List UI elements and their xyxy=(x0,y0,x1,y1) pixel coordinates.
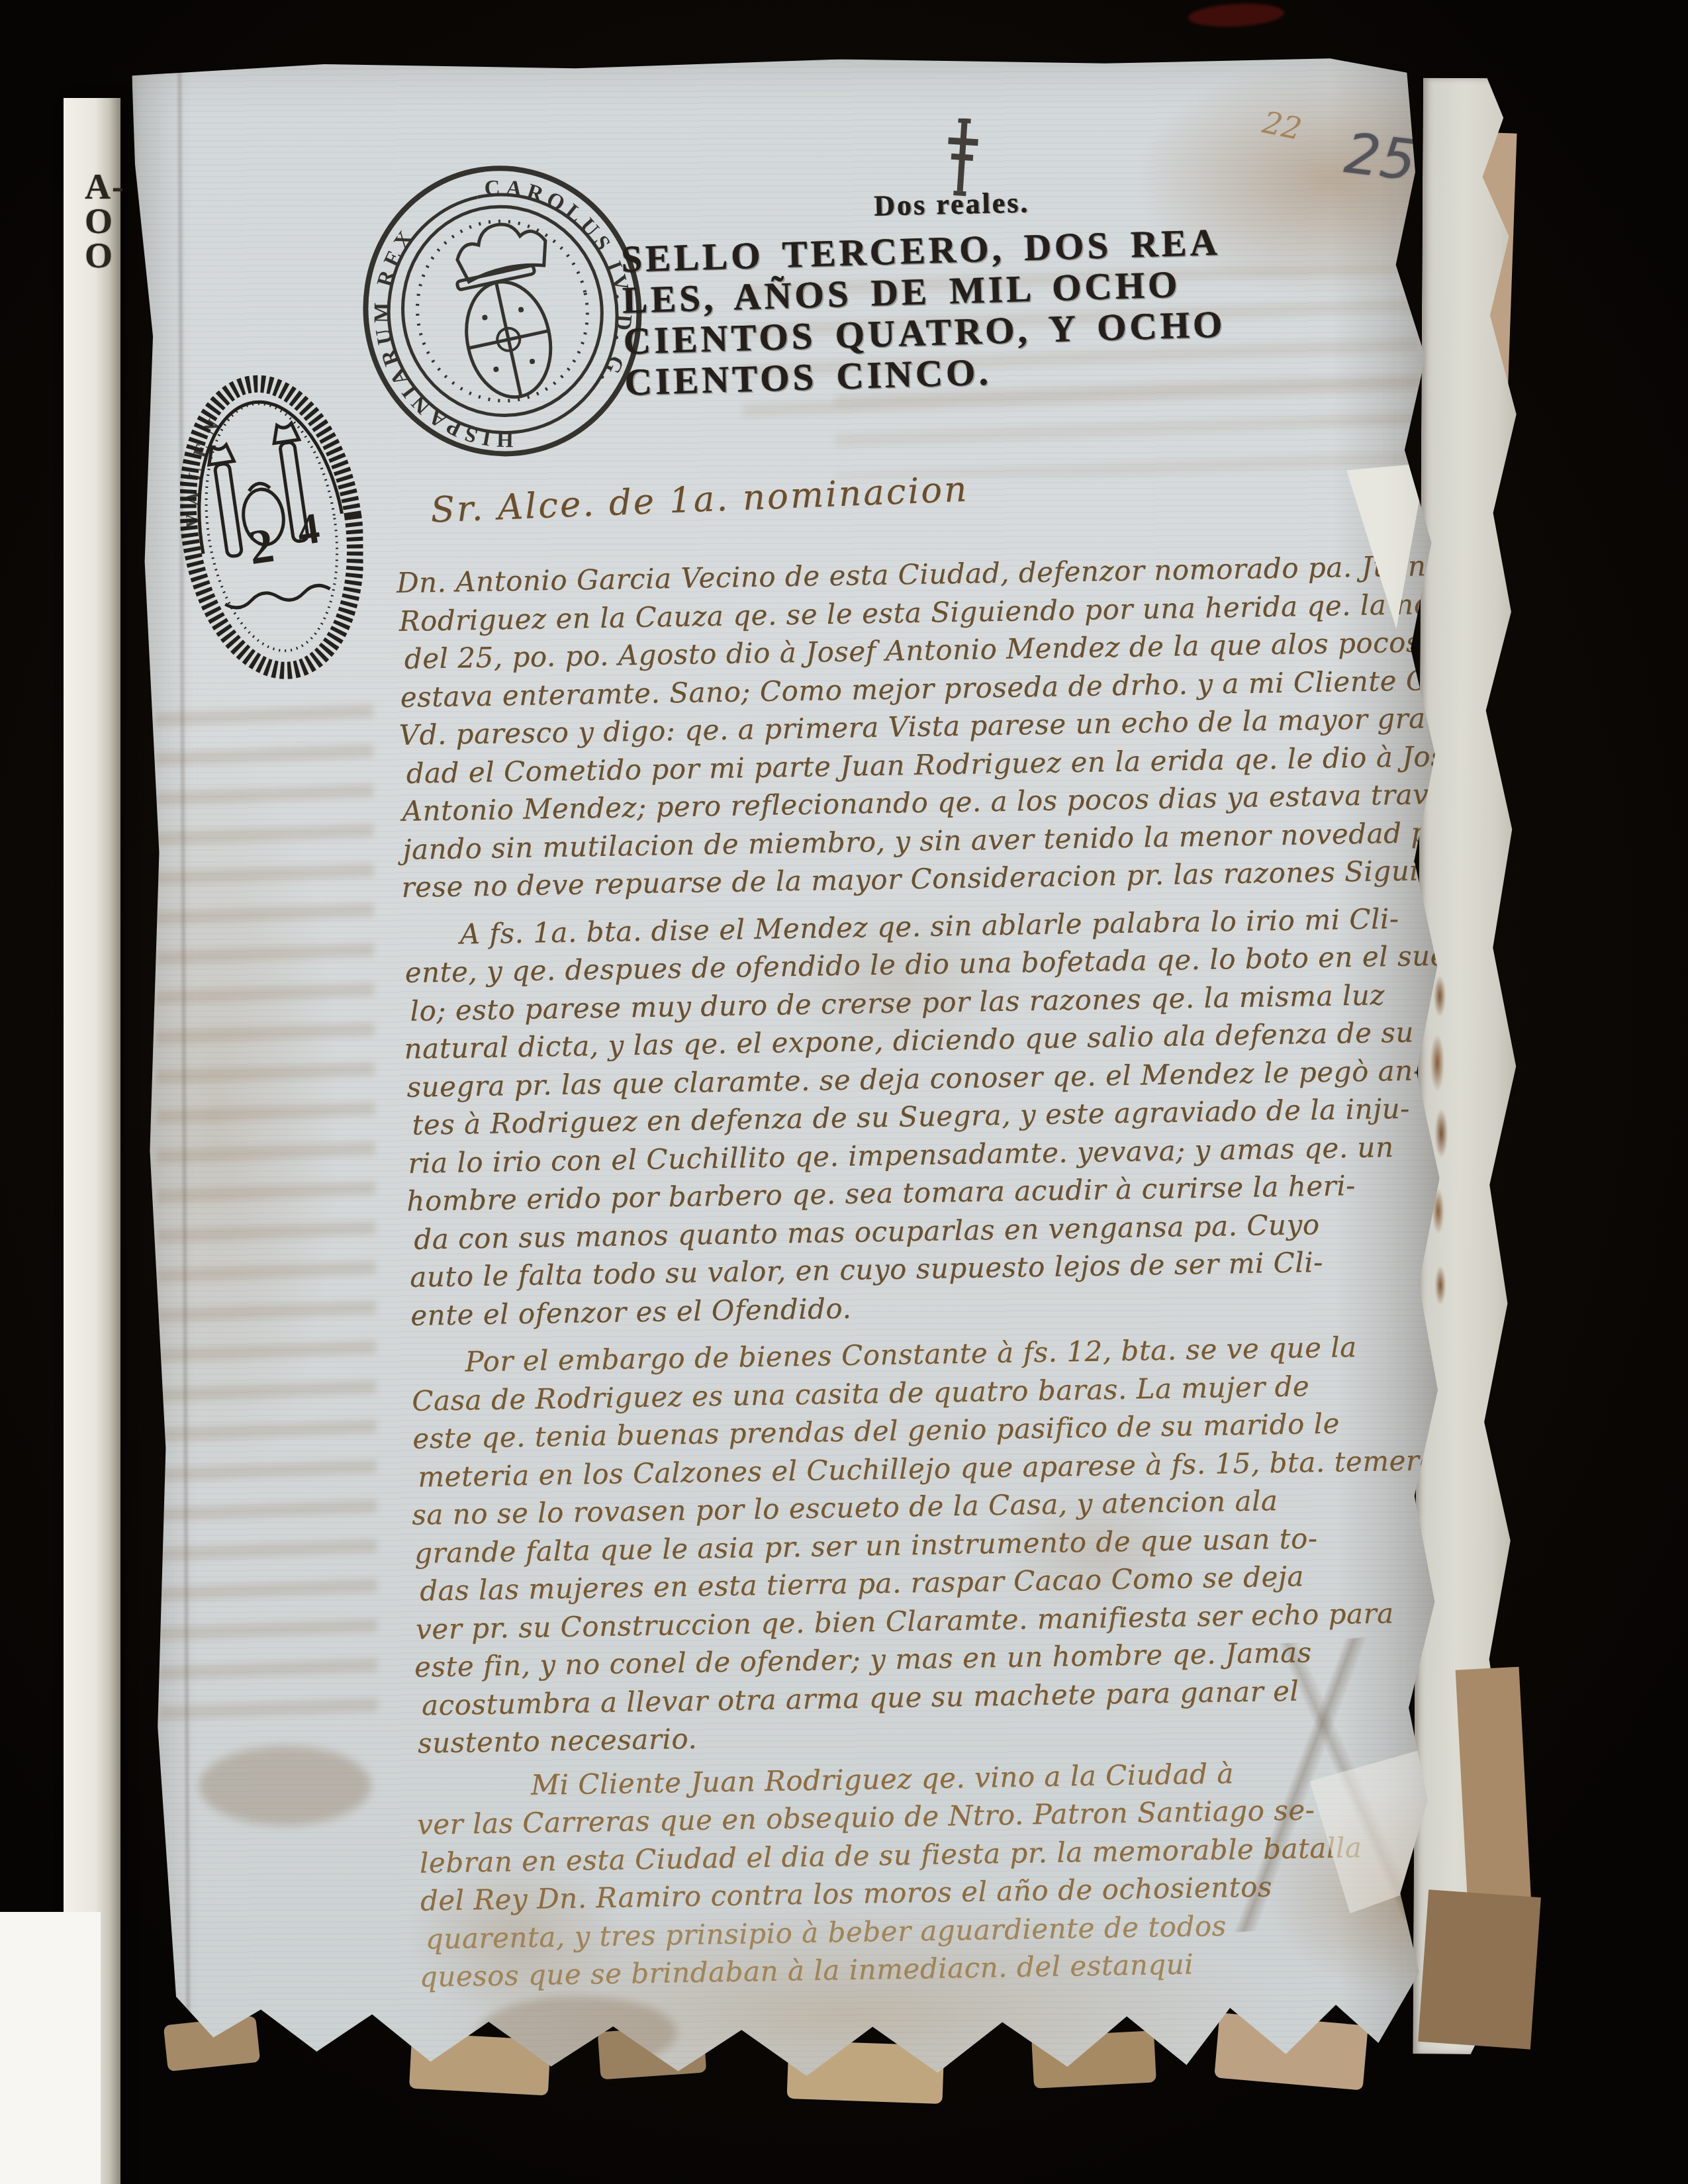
habilitation-stamp: VALEN 2 4 xyxy=(179,371,363,683)
royal-seal-stamp: CAROLUS IV. D. G. HISPANIARUM REX xyxy=(357,160,647,463)
torn-paper-sliver xyxy=(1456,1667,1532,1909)
foliation-pencil: 25 xyxy=(1342,120,1420,193)
book-block-edge xyxy=(64,98,120,2184)
backdrop-red-streak xyxy=(1188,1,1285,29)
habilitation-numeral: 4 xyxy=(294,504,322,555)
foliation-ink: 22 xyxy=(1260,104,1305,147)
printer-cross-ornament-icon xyxy=(941,119,983,198)
sello-heading: SELLO TERCERO, DOS REA LES, AÑOS DE MIL … xyxy=(621,217,1407,404)
manuscript-photo: A- O O CAROLUS IV. D. G. HISPANIARUM REX xyxy=(0,0,1688,2184)
habilitation-numeral: 2 xyxy=(246,518,277,575)
pillar-icon xyxy=(214,463,242,557)
stain-blob xyxy=(199,1746,371,1826)
salutation-line: Sr. Alce. de 1a. nominacion xyxy=(430,469,969,531)
torn-paper-sliver xyxy=(1418,1889,1541,2049)
manuscript-page: CAROLUS IV. D. G. HISPANIARUM REX xyxy=(112,53,1445,2114)
fee-line: Dos reales. xyxy=(874,185,1030,222)
gutter-fold-line xyxy=(178,58,190,2114)
bleedthrough-ghost-text xyxy=(154,696,377,1736)
scan-corner-white xyxy=(0,1912,101,2184)
